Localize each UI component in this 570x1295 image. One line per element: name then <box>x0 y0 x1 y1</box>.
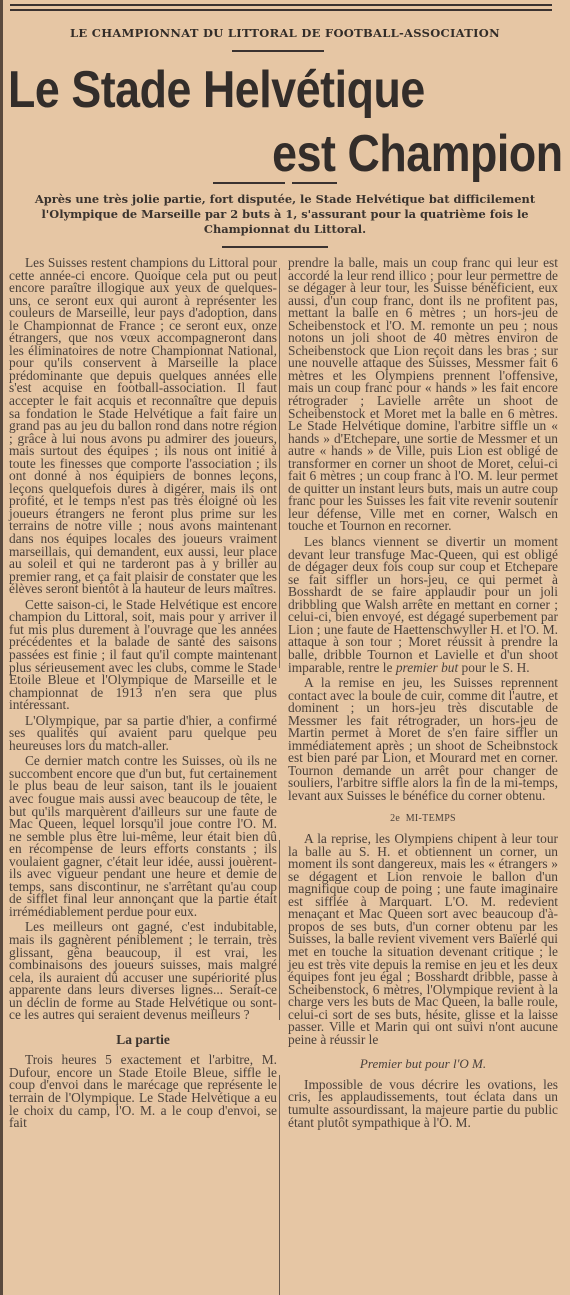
paragraph: Impossible de vous décrire les ovations,… <box>288 1079 558 1129</box>
paragraph-text: Les blancs viennent se divertir un momen… <box>288 534 558 674</box>
subhead-la-partie: La partie <box>9 1034 277 1047</box>
column-divider <box>279 840 280 1020</box>
paragraph: Trois heures 5 exactement et l'arbitre, … <box>9 1054 277 1129</box>
paragraph: A la reprise, les Olympiens chipent à le… <box>288 833 558 1046</box>
emphasis: premier but <box>396 660 458 675</box>
divider-rule <box>213 182 285 184</box>
divider-rule <box>232 50 324 52</box>
page-edge <box>0 0 3 1295</box>
paragraph-tail: pour le S. H. <box>462 660 530 675</box>
right-column: prendre la balle, mais un coup franc qui… <box>288 257 558 1132</box>
subhead-number: 2e <box>390 813 400 824</box>
headline: Le Stade Helvétique est Champion <box>8 58 485 186</box>
divider-rule <box>222 246 328 248</box>
top-double-rule <box>10 4 552 11</box>
headline-line-2: est Champion <box>8 122 563 186</box>
paragraph: Ce dernier match contre les Suisses, où … <box>9 755 277 918</box>
deck-summary: Après une très jolie partie, fort disput… <box>20 192 550 237</box>
column-divider <box>279 268 280 668</box>
paragraph: Les blancs viennent se divertir un momen… <box>288 536 558 674</box>
headline-line-1: Le Stade Helvétique <box>8 58 485 122</box>
column-divider <box>279 1075 280 1295</box>
paragraph: Les meilleurs ont gagné, c'est indubitab… <box>9 921 277 1021</box>
paragraph: prendre la balle, mais un coup franc qui… <box>288 257 558 533</box>
subhead-mi-temps: 2e MI-TEMPS <box>288 813 558 826</box>
divider-rule <box>292 182 337 184</box>
paragraph: Cette saison-ci, le Stade Helvétique est… <box>9 599 277 712</box>
paragraph: A la remise en jeu, les Suisses reprenne… <box>288 677 558 802</box>
paragraph: Les Suisses restent champions du Littora… <box>9 257 277 596</box>
kicker: LE CHAMPIONNAT DU LITTORAL DE FOOTBALL-A… <box>0 26 570 40</box>
subhead-premier-but: Premier but pour l'O M. <box>288 1058 558 1071</box>
subhead-text: MI-TEMPS <box>406 813 456 824</box>
left-column: Les Suisses restent champions du Littora… <box>9 257 277 1133</box>
paragraph: L'Olympique, par sa partie d'hier, a con… <box>9 715 277 753</box>
